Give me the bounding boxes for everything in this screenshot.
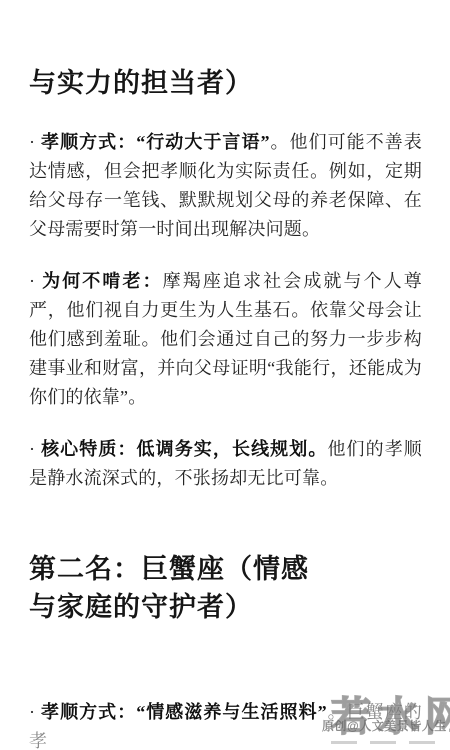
heading-cancer: 第二名：巨蟹座（情感与家庭的守护者） — [29, 550, 331, 626]
paragraph-filial-style: ·孝顺方式：“行动大于言语”。他们可能不善表达情感，但会把孝顺化为实际责任。例如… — [29, 128, 422, 244]
heading-capricorn-tail: 与实力的担当者） — [29, 66, 422, 100]
paragraph-lead: 孝顺方式：“情感滋养与生活照料” — [40, 702, 327, 722]
paragraph-body: 摩羯座追求社会成就与个人尊严，他们视自力更生为人生基石。依靠父母会让他们感到羞耻… — [29, 271, 422, 407]
paragraph-why-independent: ·为何不啃老：摩羯座追求社会成就与个人尊严，他们视自力更生为人生基石。依靠父母会… — [29, 267, 422, 412]
paragraph-lead: 孝顺方式：“行动大于言语” — [40, 132, 269, 152]
paragraph-core-trait: ·核心特质：低调务实，长线规划。他们的孝顺是静水流深式的，不张扬却无比可靠。 — [29, 435, 422, 493]
bullet-dot: · — [29, 267, 35, 296]
paragraph-cancer-filial-style: ·孝顺方式：“情感滋养与生活照料”。巨蟹座的孝 — [29, 698, 422, 750]
paragraph-lead: 核心特质：低调务实，长线规划。 — [40, 439, 327, 459]
bullet-dot: · — [29, 128, 35, 157]
paragraph-lead: 为何不啃老： — [40, 271, 162, 291]
bullet-dot: · — [29, 435, 35, 464]
article-page: 与实力的担当者） ·孝顺方式：“行动大于言语”。他们可能不善表达情感，但会把孝顺… — [0, 0, 450, 750]
bullet-dot: · — [29, 698, 35, 727]
